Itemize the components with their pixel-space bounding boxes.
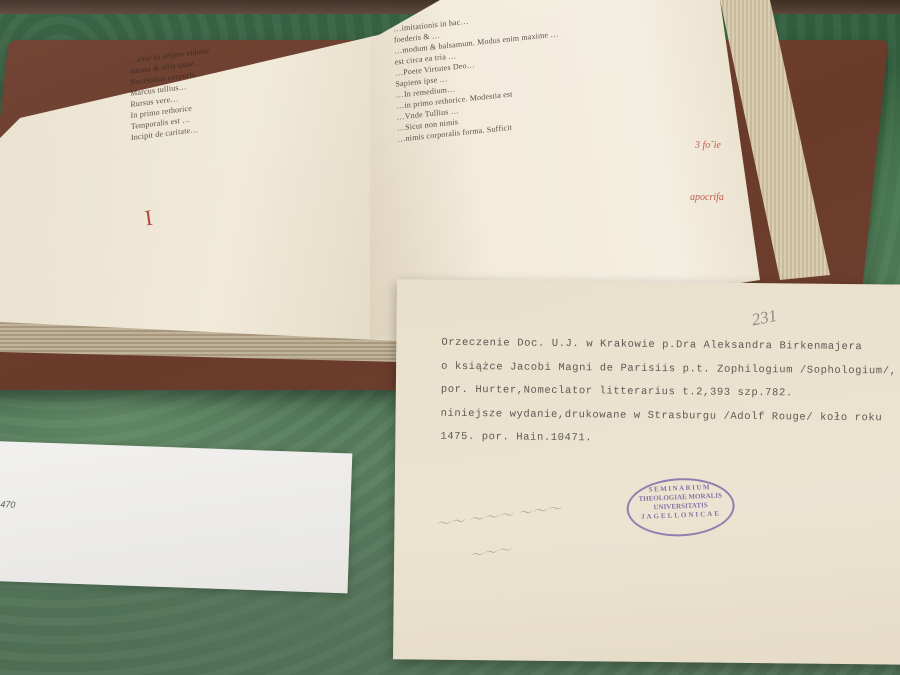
typed-line: Orzeczenie Doc. U.J. w Krakowie p.Dra Al… [441,337,862,353]
catalogue-number: 231 [750,306,779,331]
typed-line: por. Hurter,Nomeclator litterarius t.2,3… [441,384,793,400]
pencil-note: ～～～ [468,539,513,566]
photo-scene: …esse in seipso videtur natura & aliis q… [0,0,900,675]
left-page-text: …esse in seipso videtur natura & aliis q… [130,45,212,143]
catalogue-card: 231 Orzeczenie Doc. U.J. w Krakowie p.Dr… [393,279,900,664]
pencil-note: ～～ ～～～ ～～～ [434,497,563,534]
exhibit-label-text: 470 [0,499,15,510]
margin-note: apocrifa [690,192,724,203]
typed-line: o książce Jacobi Magni de Parisiis p.t. … [441,361,897,378]
exhibit-label: 470 [0,441,352,594]
margin-note: 3 fo˜ie [695,140,721,151]
typed-line: niniejsze wydanie,drukowane w Strasburgu… [441,408,883,425]
typed-line: 1475. por. Hain.10471. [440,431,592,445]
seminary-stamp: SEMINARIUM THEOLOGIAE MORALIS UNIVERSITA… [625,476,735,538]
right-page-text: …imitationis in hac… foederis & … …modum… [393,6,561,144]
